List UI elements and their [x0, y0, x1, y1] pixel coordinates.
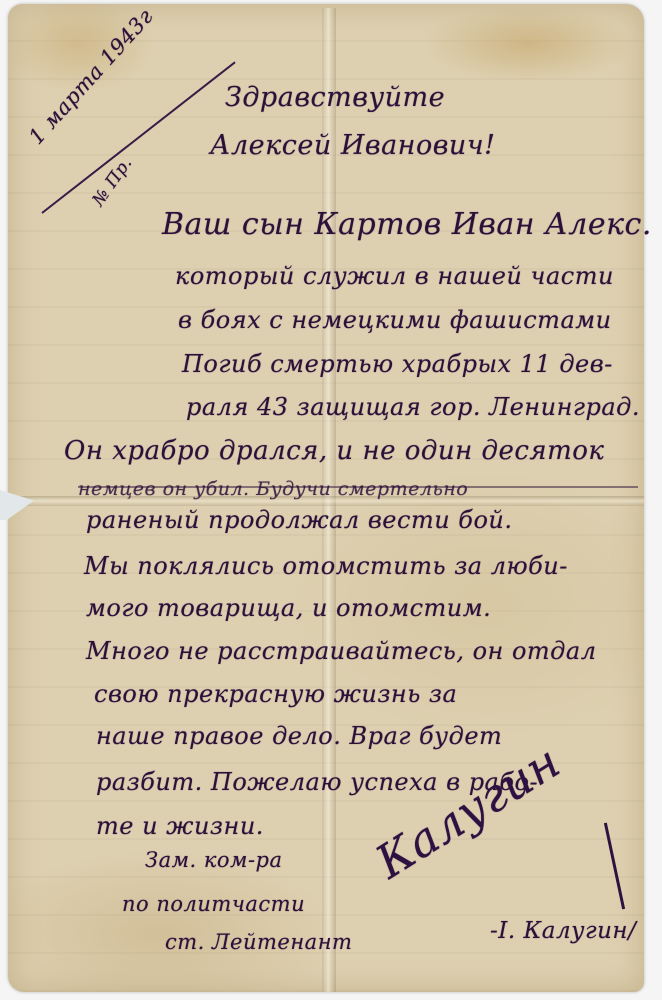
body-line: раненый продолжал вести бой. — [86, 506, 512, 534]
body-line: в боях с немецкими фашистами — [178, 306, 612, 334]
signer-title-line-2: по политчасти — [122, 892, 305, 916]
body-line: наше правое дело. Враг будет — [96, 722, 502, 750]
signer-title-line-1: Зам. ком-ра — [145, 848, 283, 872]
body-line-struck: немцев он убил. Будучи смертельно — [78, 478, 468, 500]
body-line: свою прекрасную жизнь за — [94, 680, 457, 708]
body-line: мого товарища, и отомстим. — [86, 594, 491, 622]
body-line: раля 43 защищая гор. Ленинград. — [186, 393, 640, 421]
body-line: Ваш сын Картов Иван Алекс. — [162, 207, 652, 242]
body-line: который служил в нашей части — [175, 262, 614, 290]
body-line: Он храбро дрался, и не один десяток — [64, 436, 604, 466]
strikethrough-mark — [78, 486, 638, 488]
body-line: Мы поклялись отомстить за люби- — [84, 552, 568, 580]
signer-printed-name: -I. Калугин/ — [490, 918, 636, 944]
body-line: те и жизни. — [96, 812, 264, 840]
greeting-line-2: Алексей Иванович! — [210, 130, 495, 161]
body-line: Погиб смертью храбрых 11 дев- — [182, 350, 613, 378]
greeting-line-1: Здравствуйте — [225, 82, 445, 113]
signer-title-line-3: ст. Лейтенант — [165, 930, 352, 954]
body-line: Много не расстраивайтесь, он отдал — [86, 637, 596, 665]
